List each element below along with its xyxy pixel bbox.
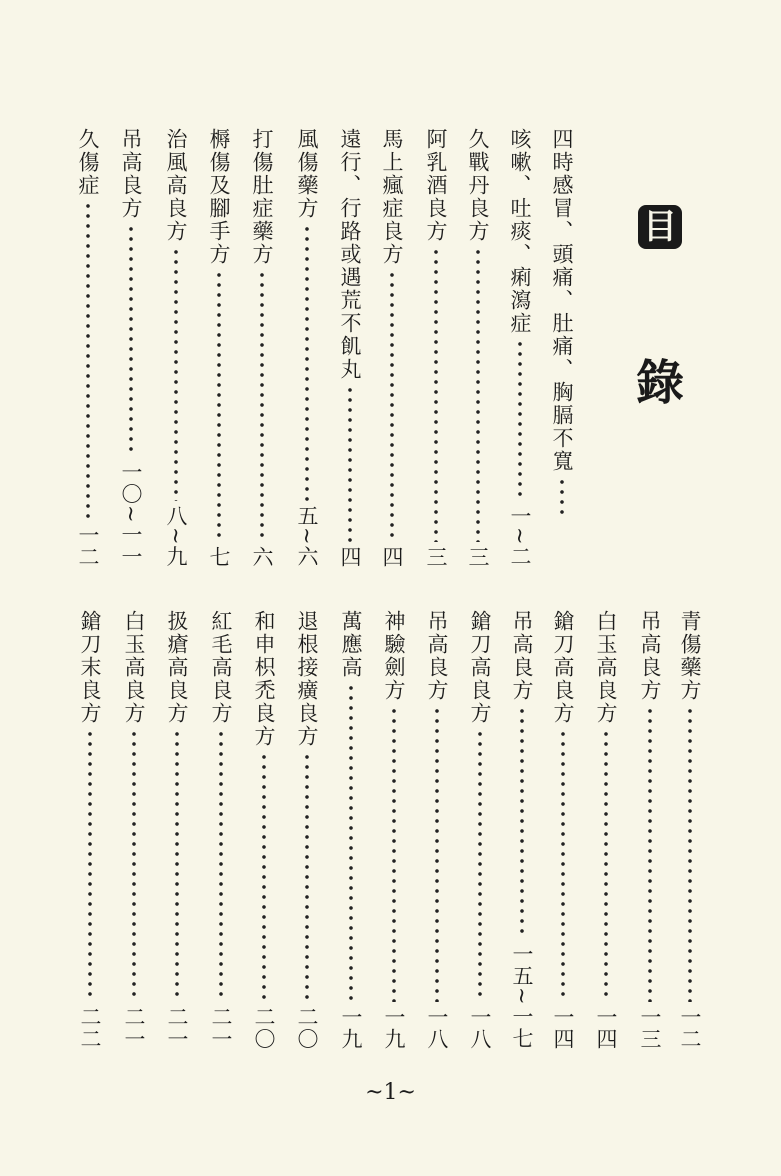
entry-title: 打傷肚症藥方 — [248, 128, 276, 266]
entry-page: 四 — [336, 546, 364, 568]
leader-dots — [476, 247, 480, 542]
entry-page: 一二 — [74, 524, 102, 568]
toc-entry[interactable]: 吊高良方一〇~一一 — [117, 128, 145, 568]
leader-dots — [560, 477, 564, 517]
toc-entry[interactable]: 風傷藥方五~六 — [293, 128, 321, 568]
entry-page: 三 — [464, 546, 492, 568]
entry-title: 吊高良方 — [117, 128, 145, 220]
leader-dots — [435, 706, 439, 1002]
leader-dots — [129, 224, 133, 457]
toc-entry[interactable]: 紅毛高良方二一 — [207, 610, 235, 1050]
entry-page: 一四 — [549, 1006, 577, 1050]
leader-dots — [260, 270, 264, 542]
entry-page: 三 — [422, 546, 450, 568]
entry-page: 二〇 — [293, 1006, 321, 1050]
leader-dots — [305, 224, 309, 501]
leader-dots — [174, 247, 178, 501]
entry-title: 白玉高良方 — [592, 610, 620, 725]
leader-dots — [390, 270, 394, 542]
page-number: ~1~ — [0, 1080, 781, 1105]
toc-entry[interactable]: 鎗刀高良方一八 — [466, 610, 494, 1050]
leader-dots — [434, 247, 438, 542]
entry-title: 久傷症 — [74, 128, 102, 197]
leader-dots — [86, 201, 90, 520]
entry-title: 神驗劍方 — [380, 610, 408, 702]
entry-title: 白玉高良方 — [120, 610, 148, 725]
toc-entry[interactable]: 白玉高良方一四 — [592, 610, 620, 1050]
entry-title: 萬應高 — [337, 610, 365, 679]
entry-title: 四時感冒、頭痛、肚痛、胸膈不寬 — [548, 128, 576, 473]
leader-dots — [348, 385, 352, 542]
entry-title: 鎗刀高良方 — [549, 610, 577, 725]
toc-entry[interactable]: 馬上瘋症良方四 — [378, 128, 406, 568]
toc-entry[interactable]: 鎗刀末良方二二 — [76, 610, 104, 1050]
entry-page: 二〇 — [250, 1006, 278, 1050]
toc-entry[interactable]: 阿乳酒良方三 — [422, 128, 450, 568]
entry-page: 五~六 — [293, 505, 321, 568]
toc-entry[interactable]: 四時感冒、頭痛、肚痛、胸膈不寬 — [548, 128, 576, 518]
entry-page: 一八 — [466, 1006, 494, 1050]
entry-title: 鎗刀高良方 — [466, 610, 494, 725]
toc-entry[interactable]: 吊高良方一八 — [423, 610, 451, 1050]
entry-title: 吊高良方 — [508, 610, 536, 702]
toc-entry[interactable]: 吊高良方一五~一七 — [508, 610, 536, 1050]
leader-dots — [175, 729, 179, 1002]
entry-title: 槈傷及腳手方 — [205, 128, 233, 266]
entry-page: 二一 — [163, 1006, 191, 1050]
entry-title: 吊高良方 — [636, 610, 664, 702]
toc-entry[interactable]: 久戰丹良方三 — [464, 128, 492, 568]
toc-page: 目 錄 四時感冒、頭痛、肚痛、胸膈不寬 咳嗽、吐痰、痢瀉症一~二 久戰丹良方三 … — [0, 0, 781, 1176]
entry-title: 吊高良方 — [423, 610, 451, 702]
leader-dots — [88, 729, 92, 1002]
leader-dots — [217, 270, 221, 542]
entry-page: 一八 — [423, 1006, 451, 1050]
entry-page: 一九 — [337, 1006, 365, 1050]
leader-dots — [648, 706, 652, 1002]
toc-entry[interactable]: 治風高良方八~九 — [162, 128, 190, 568]
entry-page: 二一 — [207, 1006, 235, 1050]
leader-dots — [688, 706, 692, 1002]
entry-title: 和申枳禿良方 — [250, 610, 278, 748]
leader-dots — [604, 729, 608, 1002]
entry-title: 鎗刀末良方 — [76, 610, 104, 725]
title-char-mu: 目 — [638, 205, 682, 249]
toc-entry[interactable]: 咳嗽、吐痰、痢瀉症一~二 — [506, 128, 534, 568]
entry-page: 七 — [205, 546, 233, 568]
title-char-lu: 錄 — [632, 355, 688, 411]
entry-title: 馬上瘋症良方 — [378, 128, 406, 266]
entry-title: 青傷藥方 — [676, 610, 704, 702]
title-mu-text: 目 — [643, 210, 677, 244]
toc-entry[interactable]: 吊高良方一三 — [636, 610, 664, 1050]
entry-title: 退根接癀良方 — [293, 610, 321, 748]
entry-page: 六 — [248, 546, 276, 568]
toc-entry[interactable]: 退根接癀良方二〇 — [293, 610, 321, 1050]
entry-page: 一九 — [380, 1006, 408, 1050]
entry-page: 四 — [378, 546, 406, 568]
toc-entry[interactable]: 遠行、行路或遇荒不飢丸四 — [336, 128, 364, 568]
toc-entry[interactable]: 鎗刀高良方一四 — [549, 610, 577, 1050]
entry-title: 風傷藥方 — [293, 128, 321, 220]
toc-entry[interactable]: 扱瘡高良方二一 — [163, 610, 191, 1050]
leader-dots — [478, 729, 482, 1002]
entry-title: 久戰丹良方 — [464, 128, 492, 243]
toc-entry[interactable]: 白玉高良方二一 — [120, 610, 148, 1050]
entry-page: 一三 — [636, 1006, 664, 1050]
toc-entry[interactable]: 久傷症一二 — [74, 128, 102, 568]
entry-page: 一二 — [676, 1006, 704, 1050]
entry-title: 遠行、行路或遇荒不飢丸 — [336, 128, 364, 381]
leader-dots — [518, 339, 522, 501]
entry-title: 紅毛高良方 — [207, 610, 235, 725]
entry-page: 二二 — [76, 1006, 104, 1050]
entry-page: 一五~一七 — [508, 943, 536, 1050]
toc-entry[interactable]: 青傷藥方一二 — [676, 610, 704, 1050]
leader-dots — [132, 729, 136, 1002]
toc-entry[interactable]: 槈傷及腳手方七 — [205, 128, 233, 568]
leader-dots — [520, 706, 524, 939]
toc-entry[interactable]: 打傷肚症藥方六 — [248, 128, 276, 568]
entry-title: 咳嗽、吐痰、痢瀉症 — [506, 128, 534, 335]
leader-dots — [305, 752, 309, 1002]
leader-dots — [262, 752, 266, 1002]
entry-page: 一四 — [592, 1006, 620, 1050]
toc-entry[interactable]: 和申枳禿良方二〇 — [250, 610, 278, 1050]
toc-entry[interactable]: 神驗劍方一九 — [380, 610, 408, 1050]
entry-page: 八~九 — [162, 505, 190, 568]
leader-dots — [349, 683, 353, 1002]
leader-dots — [392, 706, 396, 1002]
entry-title: 阿乳酒良方 — [422, 128, 450, 243]
entry-page: 一〇~一一 — [117, 461, 145, 568]
leader-dots — [219, 729, 223, 1002]
entry-title: 治風高良方 — [162, 128, 190, 243]
entry-title: 扱瘡高良方 — [163, 610, 191, 725]
leader-dots — [561, 729, 565, 1002]
entry-page: 一~二 — [506, 505, 534, 568]
entry-page: 二一 — [120, 1006, 148, 1050]
toc-entry[interactable]: 萬應高一九 — [337, 610, 365, 1050]
